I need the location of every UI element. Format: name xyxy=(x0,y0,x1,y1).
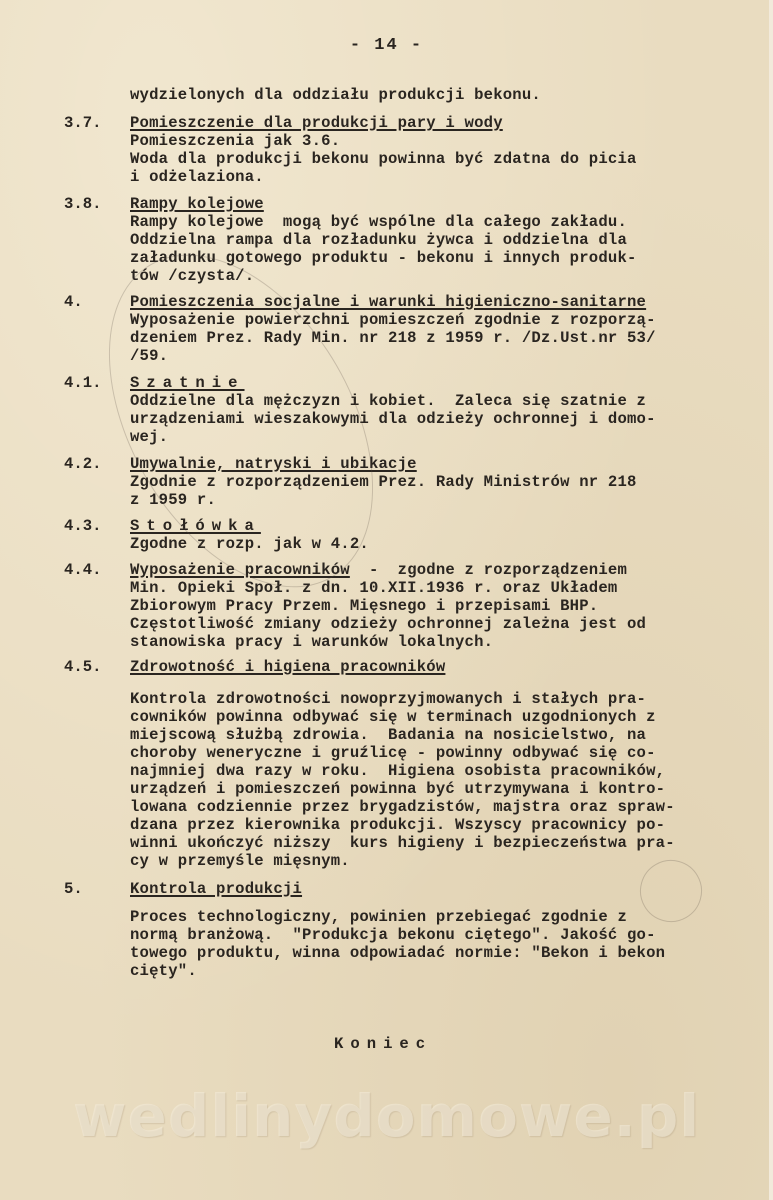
page-edge xyxy=(769,0,773,1200)
text-line: cy w przemyśle mięsnym. xyxy=(130,852,350,870)
line-text: lowana codziennie przez brygadzistów, ma… xyxy=(130,798,675,816)
line-text: winni ukończyć niższy kurs higieny i bez… xyxy=(130,834,675,852)
line-text: Pomieszczenia jak 3.6. xyxy=(130,132,340,150)
text-line: Rampy kolejowe mogą być wspólne dla całe… xyxy=(130,213,627,231)
text-line: miejscową służbą zdrowia. Badania na nos… xyxy=(130,726,646,744)
line-text: Rampy kolejowe mogą być wspólne dla całe… xyxy=(130,213,627,231)
line-text: choroby weneryczne i gruźlicę - powinny … xyxy=(130,744,656,762)
line-text: towego produktu, winna odpowiadać normie… xyxy=(130,944,665,962)
section-heading: Kontrola produkcji xyxy=(130,880,302,898)
line-text: najmniej dwa razy w roku. Higiena osobis… xyxy=(130,762,665,780)
section-number: 4. xyxy=(64,293,83,311)
section-number: 4.1. xyxy=(64,374,101,392)
section-number: 3.8. xyxy=(64,195,101,213)
line-text: cięty". xyxy=(130,962,197,980)
line-text: Oddzielna rampa dla rozładunku żywca i o… xyxy=(130,231,627,249)
line-text: cy w przemyśle mięsnym. xyxy=(130,852,350,870)
line-text: stanowiska pracy i warunków lokalnych. xyxy=(130,633,493,651)
text-line: dzana przez kierownika produkcji. Wszysc… xyxy=(130,816,665,834)
line-text: dzana przez kierownika produkcji. Wszysc… xyxy=(130,816,665,834)
line-text: - zgodne z rozporządzeniem xyxy=(350,561,627,579)
text-line: Kontrola zdrowotności nowoprzyjmowanych … xyxy=(130,690,646,708)
line-text: Zbiorowym Pracy Przem. Mięsnego i przepi… xyxy=(130,597,598,615)
heading-text: Pomieszczenie dla produkcji pary i wody xyxy=(130,114,503,132)
line-text: miejscową służbą zdrowia. Badania na nos… xyxy=(130,726,646,744)
text-line: Zbiorowym Pracy Przem. Mięsnego i przepi… xyxy=(130,597,598,615)
section-heading: Rampy kolejowe xyxy=(130,195,264,213)
watermark: wedlinydomowe.pl xyxy=(0,1082,773,1150)
line-text: normą branżową. "Produkcja bekonu cięteg… xyxy=(130,926,656,944)
section-number: 3.7. xyxy=(64,114,101,132)
ending-text: Koniec xyxy=(334,1035,432,1053)
faint-stamp-mark xyxy=(629,849,714,934)
text-line: normą branżową. "Produkcja bekonu cięteg… xyxy=(130,926,656,944)
line-text: cowników powinna odbywać się w terminach… xyxy=(130,708,656,726)
text-line: cowników powinna odbywać się w terminach… xyxy=(130,708,656,726)
line-text: i odżelaziona. xyxy=(130,168,264,186)
text-line: cięty". xyxy=(130,962,197,980)
page-number: - 14 - xyxy=(0,36,773,55)
text-line: najmniej dwa razy w roku. Higiena osobis… xyxy=(130,762,665,780)
line-text: Częstotliwość zmiany odzieży ochronnej z… xyxy=(130,615,646,633)
text-line: Min. Opieki Społ. z dn. 10.XII.1936 r. o… xyxy=(130,579,617,597)
line-text: Min. Opieki Społ. z dn. 10.XII.1936 r. o… xyxy=(130,579,617,597)
line-text: urządzeń i pomieszczeń powinna być utrzy… xyxy=(130,780,665,798)
line-text: Woda dla produkcji bekonu powinna być zd… xyxy=(130,150,637,168)
section-heading: Pomieszczenie dla produkcji pary i wody xyxy=(130,114,503,132)
line-text: Kontrola zdrowotności nowoprzyjmowanych … xyxy=(130,690,646,708)
section-number: 4.2. xyxy=(64,455,101,473)
heading-text: Rampy kolejowe xyxy=(130,195,264,213)
line-text: wydzielonych dla oddziału produkcji beko… xyxy=(130,86,541,104)
text-line: Proces technologiczny, powinien przebieg… xyxy=(130,908,627,926)
text-line: Oddzielna rampa dla rozładunku żywca i o… xyxy=(130,231,627,249)
text-line: wydzielonych dla oddziału produkcji beko… xyxy=(130,86,541,104)
text-line: winni ukończyć niższy kurs higieny i bez… xyxy=(130,834,675,852)
section-heading: Zdrowotność i higiena pracowników xyxy=(130,658,445,676)
text-line: Woda dla produkcji bekonu powinna być zd… xyxy=(130,150,637,168)
section-number: 4.4. xyxy=(64,561,101,579)
text-line: i odżelaziona. xyxy=(130,168,264,186)
text-line: stanowiska pracy i warunków lokalnych. xyxy=(130,633,493,651)
heading-text: Zdrowotność i higiena pracowników xyxy=(130,658,445,676)
heading-text: Kontrola produkcji xyxy=(130,880,302,898)
text-line: lowana codziennie przez brygadzistów, ma… xyxy=(130,798,675,816)
line-text: Proces technologiczny, powinien przebieg… xyxy=(130,908,627,926)
text-line: choroby weneryczne i gruźlicę - powinny … xyxy=(130,744,656,762)
text-line: towego produktu, winna odpowiadać normie… xyxy=(130,944,665,962)
document-page: - 14 - wydzielonych dla oddziału produkc… xyxy=(0,0,773,1200)
section-heading: Wyposażenie pracowników - zgodne z rozpo… xyxy=(130,561,627,579)
text-line: Częstotliwość zmiany odzieży ochronnej z… xyxy=(130,615,646,633)
text-line: Pomieszczenia jak 3.6. xyxy=(130,132,340,150)
section-number: 5. xyxy=(64,880,83,898)
section-number: 4.5. xyxy=(64,658,101,676)
section-number: 4.3. xyxy=(64,517,101,535)
text-line: urządzeń i pomieszczeń powinna być utrzy… xyxy=(130,780,665,798)
